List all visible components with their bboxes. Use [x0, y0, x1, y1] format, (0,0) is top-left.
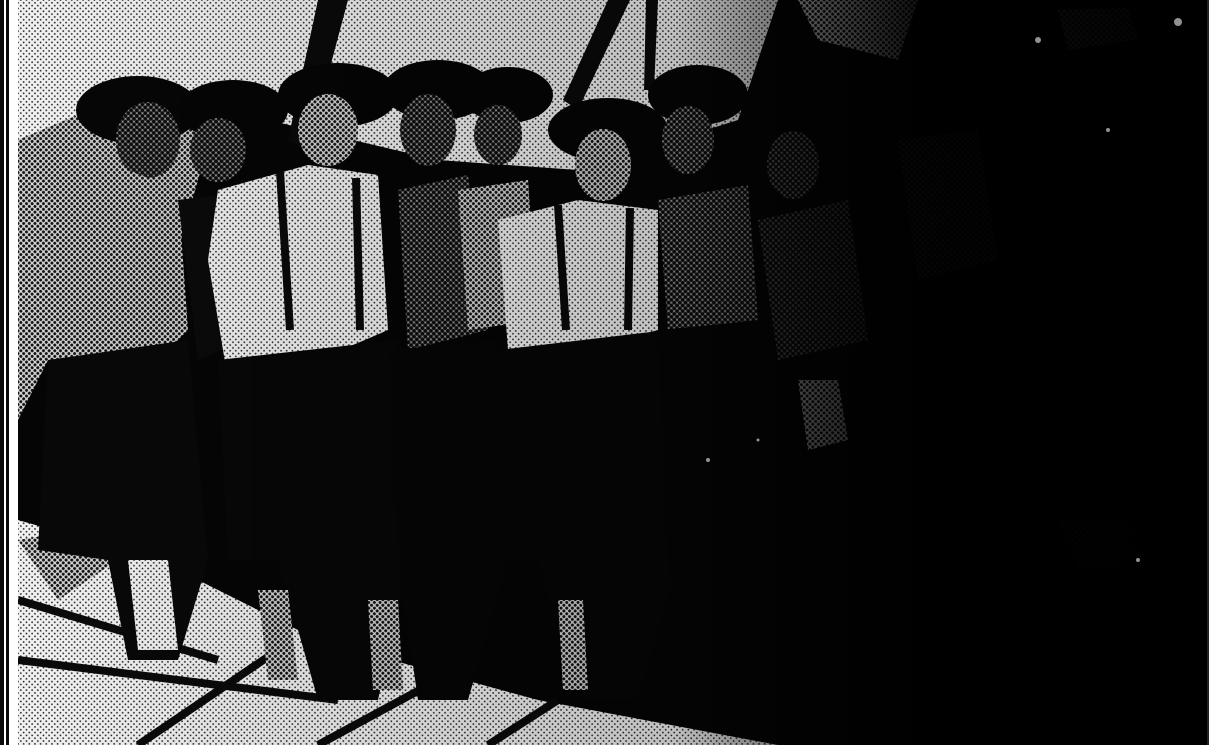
halftone-photo [18, 0, 1209, 745]
newspaper-clipping [0, 0, 1209, 745]
column-rule-inner [6, 0, 9, 745]
column-rule-outer [0, 0, 4, 745]
photo-canvas [18, 0, 1209, 745]
